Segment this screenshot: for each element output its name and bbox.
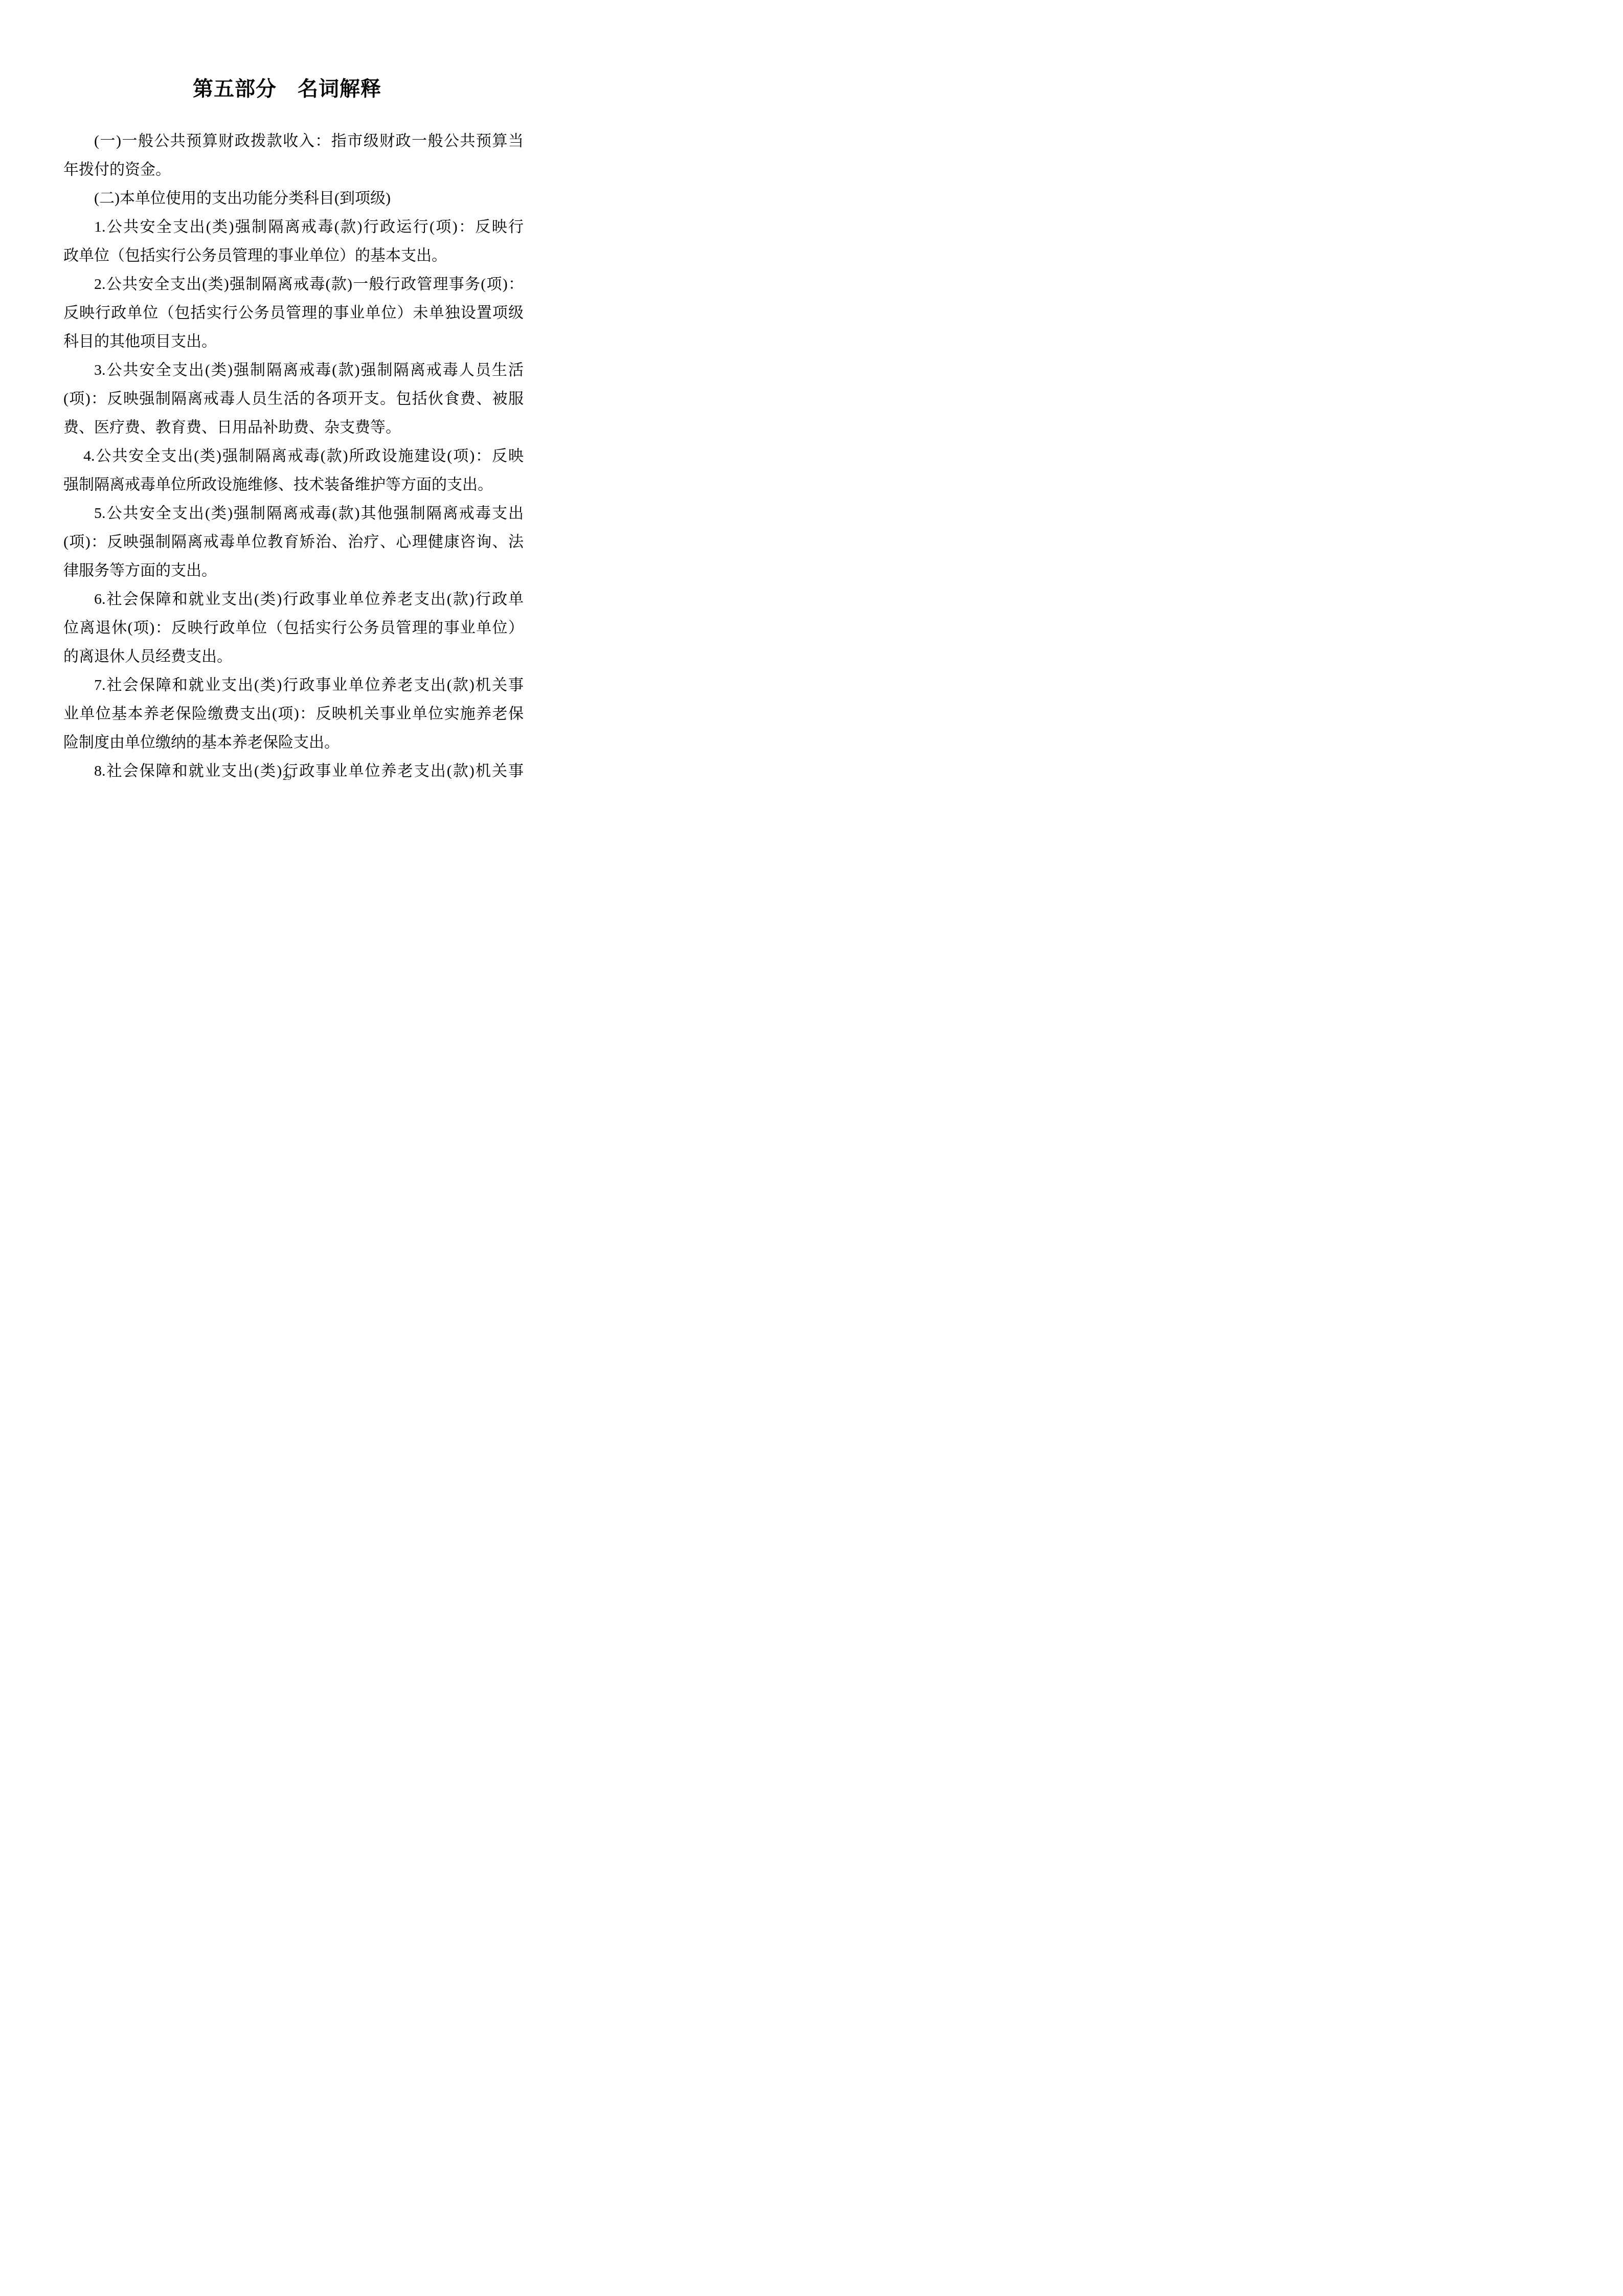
text-line: 费、医疗费、教育费、日用品补助费、杂支费等。 [63,413,524,442]
text-line: 险制度由单位缴纳的基本养老保险支出。 [63,728,524,757]
text-line: 律服务等方面的支出。 [63,556,524,585]
paragraph: 7.社会保障和就业支出(类)行政事业单位养老支出(款)机关事业单位基本养老保险缴… [63,671,524,757]
text-line: 年拨付的资金。 [63,155,524,184]
text-line: (一)一般公共预算财政拨款收入：指市级财政一般公共预算当 [63,127,524,155]
text-line: 强制隔离戒毒单位所政设施维修、技术装备维护等方面的支出。 [63,470,524,499]
section-title: 第五部分 名词解释 [0,77,574,101]
paragraph: 5.公共安全支出(类)强制隔离戒毒(款)其他强制隔离戒毒支出(项)：反映强制隔离… [63,499,524,585]
text-line: (二)本单位使用的支出功能分类科目(到项级) [63,184,524,213]
paragraph: 1.公共安全支出(类)强制隔离戒毒(款)行政运行(项)：反映行政单位（包括实行公… [63,213,524,270]
page-number: 29 [0,772,574,782]
text-line: 4.公共安全支出(类)强制隔离戒毒(款)所政设施建设(项)：反映 [63,442,524,470]
document-body: (一)一般公共预算财政拨款收入：指市级财政一般公共预算当年拨付的资金。(二)本单… [63,127,524,785]
text-line: 业单位基本养老保险缴费支出(项)：反映机关事业单位实施养老保 [63,700,524,728]
text-line: 的离退休人员经费支出。 [63,642,524,671]
paragraph: 3.公共安全支出(类)强制隔离戒毒(款)强制隔离戒毒人员生活(项)：反映强制隔离… [63,356,524,442]
text-line: 2.公共安全支出(类)强制隔离戒毒(款)一般行政管理事务(项)： [63,270,524,299]
paragraph: 6.社会保障和就业支出(类)行政事业单位养老支出(款)行政单位离退休(项)：反映… [63,585,524,671]
text-line: 位离退休(项)：反映行政单位（包括实行公务员管理的事业单位） [63,614,524,642]
paragraph: 2.公共安全支出(类)强制隔离戒毒(款)一般行政管理事务(项)：反映行政单位（包… [63,270,524,356]
text-line: 5.公共安全支出(类)强制隔离戒毒(款)其他强制隔离戒毒支出 [63,499,524,528]
paragraph: 4.公共安全支出(类)强制隔离戒毒(款)所政设施建设(项)：反映强制隔离戒毒单位… [63,442,524,499]
text-line: 7.社会保障和就业支出(类)行政事业单位养老支出(款)机关事 [63,671,524,700]
text-line: 反映行政单位（包括实行公务员管理的事业单位）未单独设置项级 [63,299,524,327]
text-line: 政单位（包括实行公务员管理的事业单位）的基本支出。 [63,241,524,270]
paragraph: (二)本单位使用的支出功能分类科目(到项级) [63,184,524,213]
paragraph: (一)一般公共预算财政拨款收入：指市级财政一般公共预算当年拨付的资金。 [63,127,524,184]
document-page: 第五部分 名词解释 (一)一般公共预算财政拨款收入：指市级财政一般公共预算当年拨… [0,0,574,812]
text-line: 科目的其他项目支出。 [63,327,524,356]
text-line: 6.社会保障和就业支出(类)行政事业单位养老支出(款)行政单 [63,585,524,614]
text-line: (项)：反映强制隔离戒毒人员生活的各项开支。包括伙食费、被服 [63,385,524,413]
text-line: (项)：反映强制隔离戒毒单位教育矫治、治疗、心理健康咨询、法 [63,528,524,556]
text-line: 3.公共安全支出(类)强制隔离戒毒(款)强制隔离戒毒人员生活 [63,356,524,385]
text-line: 1.公共安全支出(类)强制隔离戒毒(款)行政运行(项)：反映行 [63,213,524,241]
